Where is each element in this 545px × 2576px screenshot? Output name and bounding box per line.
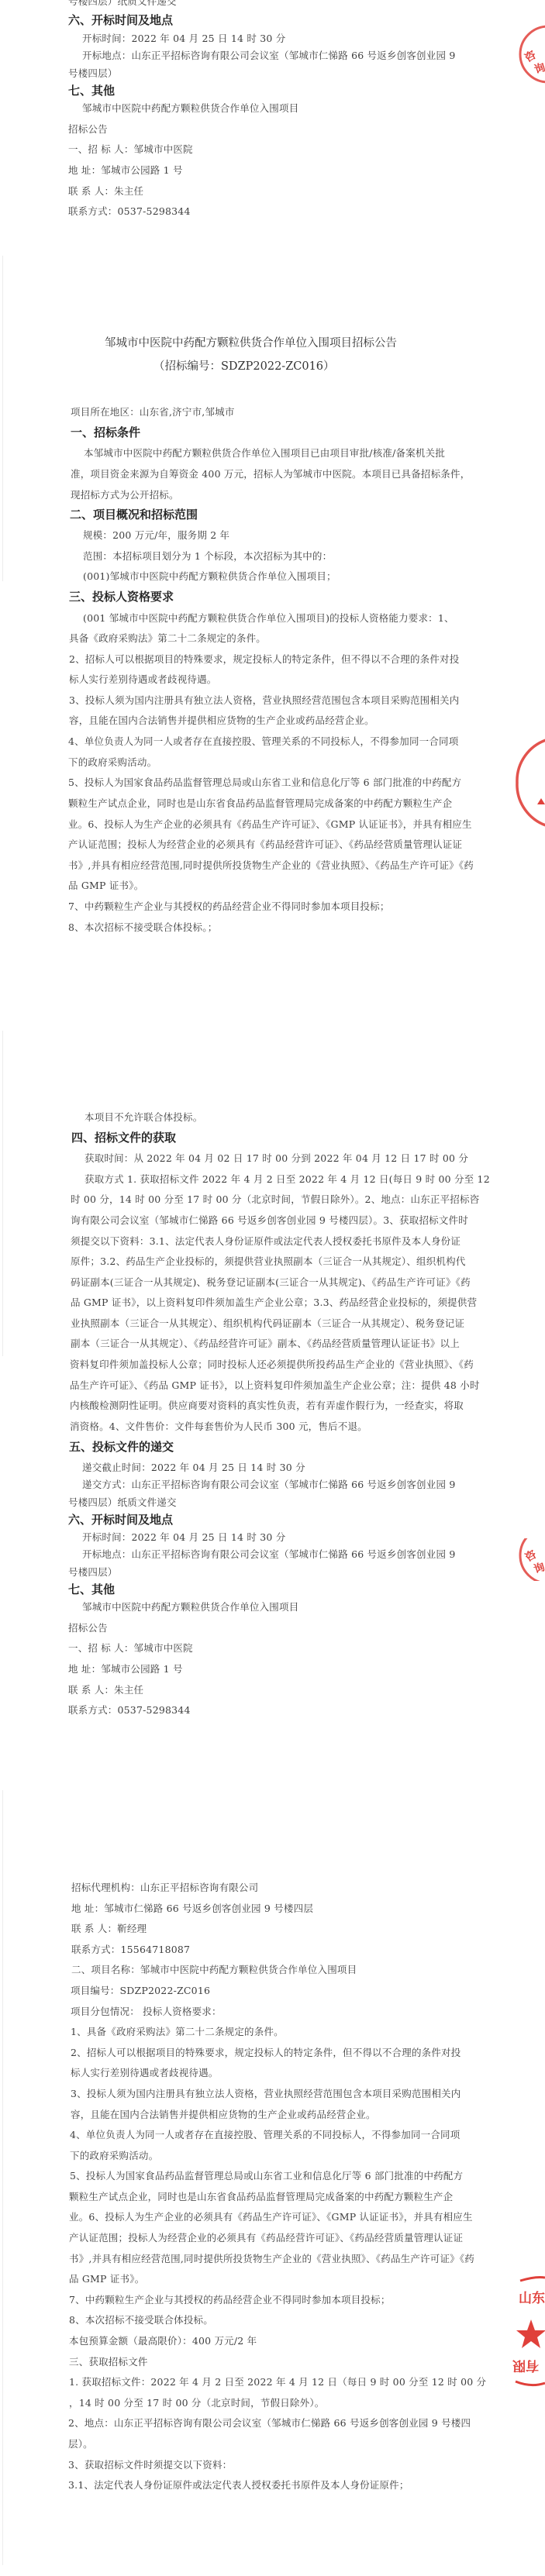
text-line: 号楼四层）: [68, 67, 118, 80]
text-line: 开标地点：山东正平招标咨询有限公司会议室（邹城市仁悌路 66 号返乡创客创业园 …: [82, 1548, 455, 1561]
svg-text:咨: 咨: [523, 1548, 539, 1565]
text-line: 递交截止时间：2022 年 04 月 25 日 14 时 30 分: [82, 1462, 305, 1474]
text-line: 邹城市中医院中药配方颗粒供货合作单位入围项目: [82, 1601, 298, 1613]
list-item: 2、招标人可以根据项目的特殊要求，规定投标人的特定条件，但不得以不合理的条件对投: [69, 653, 459, 666]
section-heading: 六、开标时间及地点: [68, 13, 173, 27]
section-heading: 六、开标时间及地点: [68, 1513, 173, 1527]
text-line: 颗粒生产试点企业，同时也是山东省食品药品监督管理局完成备案的中药配方颗粒生产企: [69, 2191, 453, 2203]
notice-code: （招标编号：SDZP2022-ZC016）: [153, 360, 335, 374]
svg-text:询: 询: [533, 60, 545, 77]
list-item: 4、单位负责人为同一人或者存在直接控股、管理关系的不同投标人，不得参加同一合同项: [70, 2129, 460, 2141]
text-line: 码证副本(三证合一从其规定)、税务登记证副本(三证合一从其规定)、《药品生产许可…: [71, 1276, 471, 1289]
text-line: 联系方式：0537-5298344: [68, 1704, 191, 1717]
list-item: 2、招标人可以根据项目的特殊要求，规定投标人的特定条件，但不得以不合理的条件对投: [71, 2047, 460, 2059]
text-line: 现招标方式为公开招标。: [71, 489, 179, 501]
text-line: 一、招 标 人：邹城市中医院: [68, 143, 193, 156]
list-item: 8、本次招标不接受联合体投标。；: [68, 921, 217, 934]
list-item: 8、本次招标不接受联合体投标。: [69, 2314, 213, 2326]
text-line: 下的政府采购活动。: [70, 2150, 158, 2162]
agency-phone: 联系方式：15564718087: [71, 1944, 190, 1956]
text-line: 原件；3.2、药品生产企业投标的，须提供营业执照副本（三证合一从其规定）、组织机…: [71, 1255, 466, 1268]
section-heading: 三、投标人资格要求: [69, 590, 174, 604]
text-line: 标人实行差别待遇或者歧视待遇。: [71, 2067, 219, 2079]
text-line: 获取时间：从 2022 年 04 月 02 日 17 时 00 分到 2022 …: [85, 1152, 468, 1165]
project-name: 二、项目名称：邹城市中医院中药配方颗粒供货合作单位入围项目: [71, 1964, 357, 1976]
page-edge: [2, 1031, 3, 1356]
text-line: 开标时间：2022 年 04 月 25 日 14 时 30 分: [82, 33, 285, 45]
text-line: (001)邹城市中医院中药配方颗粒供货合作单位入围项目；: [83, 570, 336, 583]
list-item: 7、中药颗粒生产企业与其授权的药品经营企业不得同时参加本项目投标；: [69, 2294, 391, 2306]
section-heading: 七、其他: [68, 1582, 115, 1596]
text-line: 联 系 人：朱主任: [68, 1684, 143, 1696]
text-line: 产认证范围；投标人为经营企业的必须具有《药品经营许可证》、《药品经营质量管理认证…: [68, 839, 462, 851]
text-line: 业。6、投标人为生产企业的必须具有《药品生产许可证》、《GMP 认证证书》，并具…: [69, 2211, 473, 2223]
list-item: 2、地点：山东正平招标咨询有限公司会议室（邹城市仁悌路 66 号返乡创客创业园 …: [68, 2417, 471, 2430]
list-item: 4、单位负责人为同一人或者存在直接控股、管理关系的不同投标人，不得参加同一合同项: [68, 735, 458, 748]
text-line: 号楼四层）纸质文件递交: [68, 0, 177, 8]
notice-title: 邹城市中医院中药配方颗粒供货合作单位入围项目招标公告: [105, 336, 397, 350]
text-line: (001 邹城市中医院中药配方颗粒供货合作单位入围项目)的投标人资格能力要求：1…: [83, 612, 454, 625]
text-line: 准，项目资金来源为自筹资金 400 万元，招标人为邹城市中医院。本项目已具备招标…: [71, 468, 470, 480]
section-heading: 七、其他: [68, 84, 115, 98]
text-line: 下的政府采购活动。: [68, 756, 157, 769]
text-line: 层）。: [68, 2438, 93, 2450]
text-line: ，14 时 00 分至 17 时 00 分（北京时间，节假日除外）。: [69, 2397, 325, 2409]
text-line: 品生产许可证》、《药品 GMP 证书》，以上资料复印件须加盖生产企业公章；注：提…: [70, 1379, 480, 1392]
text-line: 品 GMP 证书》，以上资料复印件须加盖生产企业公章；3.3、药品经营企业投标的…: [71, 1297, 477, 1309]
company-seal-icon: 咨 询: [514, 22, 545, 84]
text-line: 邹城市中医院中药配方颗粒供货合作单位入围项目: [82, 102, 298, 115]
svg-text:咨: 咨: [523, 48, 539, 65]
agency-address: 地 址：邹城市仁悌路 66 号返乡创客创业园 9 号楼四层: [71, 1903, 313, 1915]
svg-text:询: 询: [532, 1560, 545, 1576]
text-line: 本邹城市中医院中药配方颗粒供货合作单位入围项目已由项目审批/核准/备案机关批: [84, 447, 445, 460]
list-item: 3、获取招标文件时须提交以下资料：: [68, 2459, 232, 2471]
text-line: 消资格。4、文件售价：文件每套售价为人民币 300 元，售后不退。: [70, 1421, 367, 1433]
text-line: 联系方式：0537-5298344: [68, 205, 191, 218]
text-line: 书》,并具有相应经营范围,同时提供所投货物生产企业的《营业执照》、《药品生产许可…: [69, 2253, 474, 2265]
text-line: 获取方式 1. 获取招标文件 2022 年 4 月 2 日至 2022 年 4 …: [85, 1173, 490, 1186]
company-seal-icon: 咨 询: [514, 1538, 545, 1581]
list-item: 1. 获取招标文件：2022 年 4 月 2 日至 2022 年 4 月 12 …: [69, 2376, 486, 2388]
text-line: 品 GMP 证书》。: [68, 880, 143, 892]
subsection-heading: 三、获取招标文件: [69, 2356, 148, 2368]
list-item: 5、投标人为国家食品药品监督管理总局或山东省工业和信息化厅等 6 部门批准的中药…: [68, 777, 461, 789]
text-line: 范围：本招标项目划分为 1 个标段，本次招标为其中的：: [83, 550, 332, 563]
text-line: 规模：200 万元/年，服务期 2 年: [83, 529, 229, 542]
text-line: 招标公告: [68, 123, 108, 136]
section-heading: 四、招标文件的获取: [71, 1131, 176, 1145]
agency-name: 招标代理机构：山东正平招标咨询有限公司: [71, 1882, 258, 1894]
seal-text-top: 山东: [519, 2290, 545, 2306]
list-item: 3、投标人须为国内注册具有独立法人资格，营业执照经营范围包含本项目采购范围相关内: [71, 2088, 460, 2100]
text-line: 号楼四层）纸质文件递交: [68, 1496, 177, 1509]
text-line: 品 GMP 证书》。: [69, 2273, 144, 2285]
company-seal-icon: 山东 有限: [505, 2275, 545, 2391]
page-edge: [2, 256, 3, 581]
text-line: 业。6、投标人为生产企业的必须具有《药品生产许可证》、《GMP 认证证书》，并具…: [68, 818, 472, 831]
list-item: 3、投标人须为国内注册具有独立法人资格，营业执照经营范围包含本项目采购范围相关内: [69, 694, 459, 707]
text-line: 容，且能在国内合法销售并提供相应货物的生产企业或药品经营企业。: [71, 2109, 376, 2121]
text-line: 开标时间：2022 年 04 月 25 日 14 时 30 分: [82, 1531, 285, 1544]
text-line: 一、招 标 人：邹城市中医院: [68, 1642, 193, 1655]
section-heading: 五、投标文件的递交: [69, 1440, 174, 1454]
company-seal-icon: 3700003280: [514, 736, 545, 829]
text-line: 业执照副本（三证合一从其规定）、组织机构代码证副本（三证合一从其规定）、税务登记…: [71, 1317, 464, 1330]
seal-text-bottom: 有限: [512, 2357, 539, 2374]
text-line: 须提交以下资料：3.1、法定代表人身份证原件或法定代表人授权委托书原件及本人身份…: [71, 1235, 460, 1248]
text-line: 询有限公司会议室（邹城市仁悌路 66 号返乡创客创业园 9 号楼四层）。3、获取…: [71, 1214, 468, 1227]
list-item: 5、投标人为国家食品药品监督管理总局或山东省工业和信息化厅等 6 部门批准的中药…: [70, 2170, 463, 2182]
text-line: 地 址：邹城市公园路 1 号: [68, 164, 183, 177]
page-edge: [2, 1790, 3, 2565]
text-line: 具备《政府采购法》第二十二条规定的条件。: [69, 632, 266, 645]
text-line: 标人实行差别待遇或者歧视待遇。: [69, 673, 217, 686]
project-lots: 项目分包情况： 投标人资格要求：: [71, 2006, 222, 2018]
text-line: 递交方式：山东正平招标咨询有限公司会议室（邹城市仁悌路 66 号返乡创客创业园 …: [82, 1479, 455, 1491]
project-code: 项目编号：SDZP2022-ZC016: [71, 1985, 210, 1997]
text-line: 号楼四层）: [68, 1566, 118, 1579]
budget-line: 本包预算金额（最高限价）：400 万元/2 年: [69, 2335, 257, 2347]
text-line: 本项目不允许联合体投标。: [85, 1111, 202, 1124]
text-line: 时 00 分，14 时 00 分至 17 时 00 分（北京时间，节假日除外）。…: [71, 1193, 479, 1206]
list-item: 7、中药颗粒生产企业与其授权的药品经营企业不得同时参加本项目投标；: [68, 901, 390, 913]
text-line: 内核酸检测阴性证明。供应商要对资料的真实性负责，若有弄虚作假行为，一经查实，将取: [70, 1400, 464, 1412]
text-line: 副本（三证合一从其规定）、《药品经营许可证》副本、《药品经营质量管理认证证书》以…: [71, 1338, 460, 1350]
text-line: 联 系 人：朱主任: [68, 185, 143, 198]
section-heading: 二、项目概况和招标范围: [70, 508, 198, 522]
agency-contact: 联 系 人：靳经理: [71, 1923, 147, 1935]
text-line: 颗粒生产试点企业，同时也是山东省食品药品监督管理局完成备案的中药配方颗粒生产企: [68, 797, 452, 810]
text-line: 书》,并具有相应经营范围,同时提供所投货物生产企业的《营业执照》、《药品生产许可…: [68, 859, 474, 872]
text-line: 资料复印件须加盖投标人公章；同时投标人还必须提供所投药品生产企业的《营业执照》、…: [70, 1359, 474, 1371]
project-region: 项目所在地区：山东省,济宁市,邹城市: [71, 406, 235, 418]
text-line: 开标地点：山东正平招标咨询有限公司会议室（邹城市仁悌路 66 号返乡创客创业园 …: [82, 50, 455, 62]
section-heading: 一、招标条件: [71, 425, 140, 439]
list-item: 3.1、法定代表人身份证原件或法定代表人授权委托书原件及本人身份证原件；: [68, 2479, 409, 2492]
text-line: 容，且能在国内合法销售并提供相应货物的生产企业或药品经营企业。: [69, 715, 374, 727]
text-line: 招标公告: [68, 1622, 108, 1634]
text-line: 地 址：邹城市公园路 1 号: [68, 1663, 183, 1675]
list-item: 1、具备《政府采购法》第二十二条规定的条件。: [71, 2026, 284, 2038]
text-line: 产认证范围；投标人为经营企业的必须具有《药品经营许可证》、《药品经营质量管理认证…: [69, 2232, 463, 2244]
